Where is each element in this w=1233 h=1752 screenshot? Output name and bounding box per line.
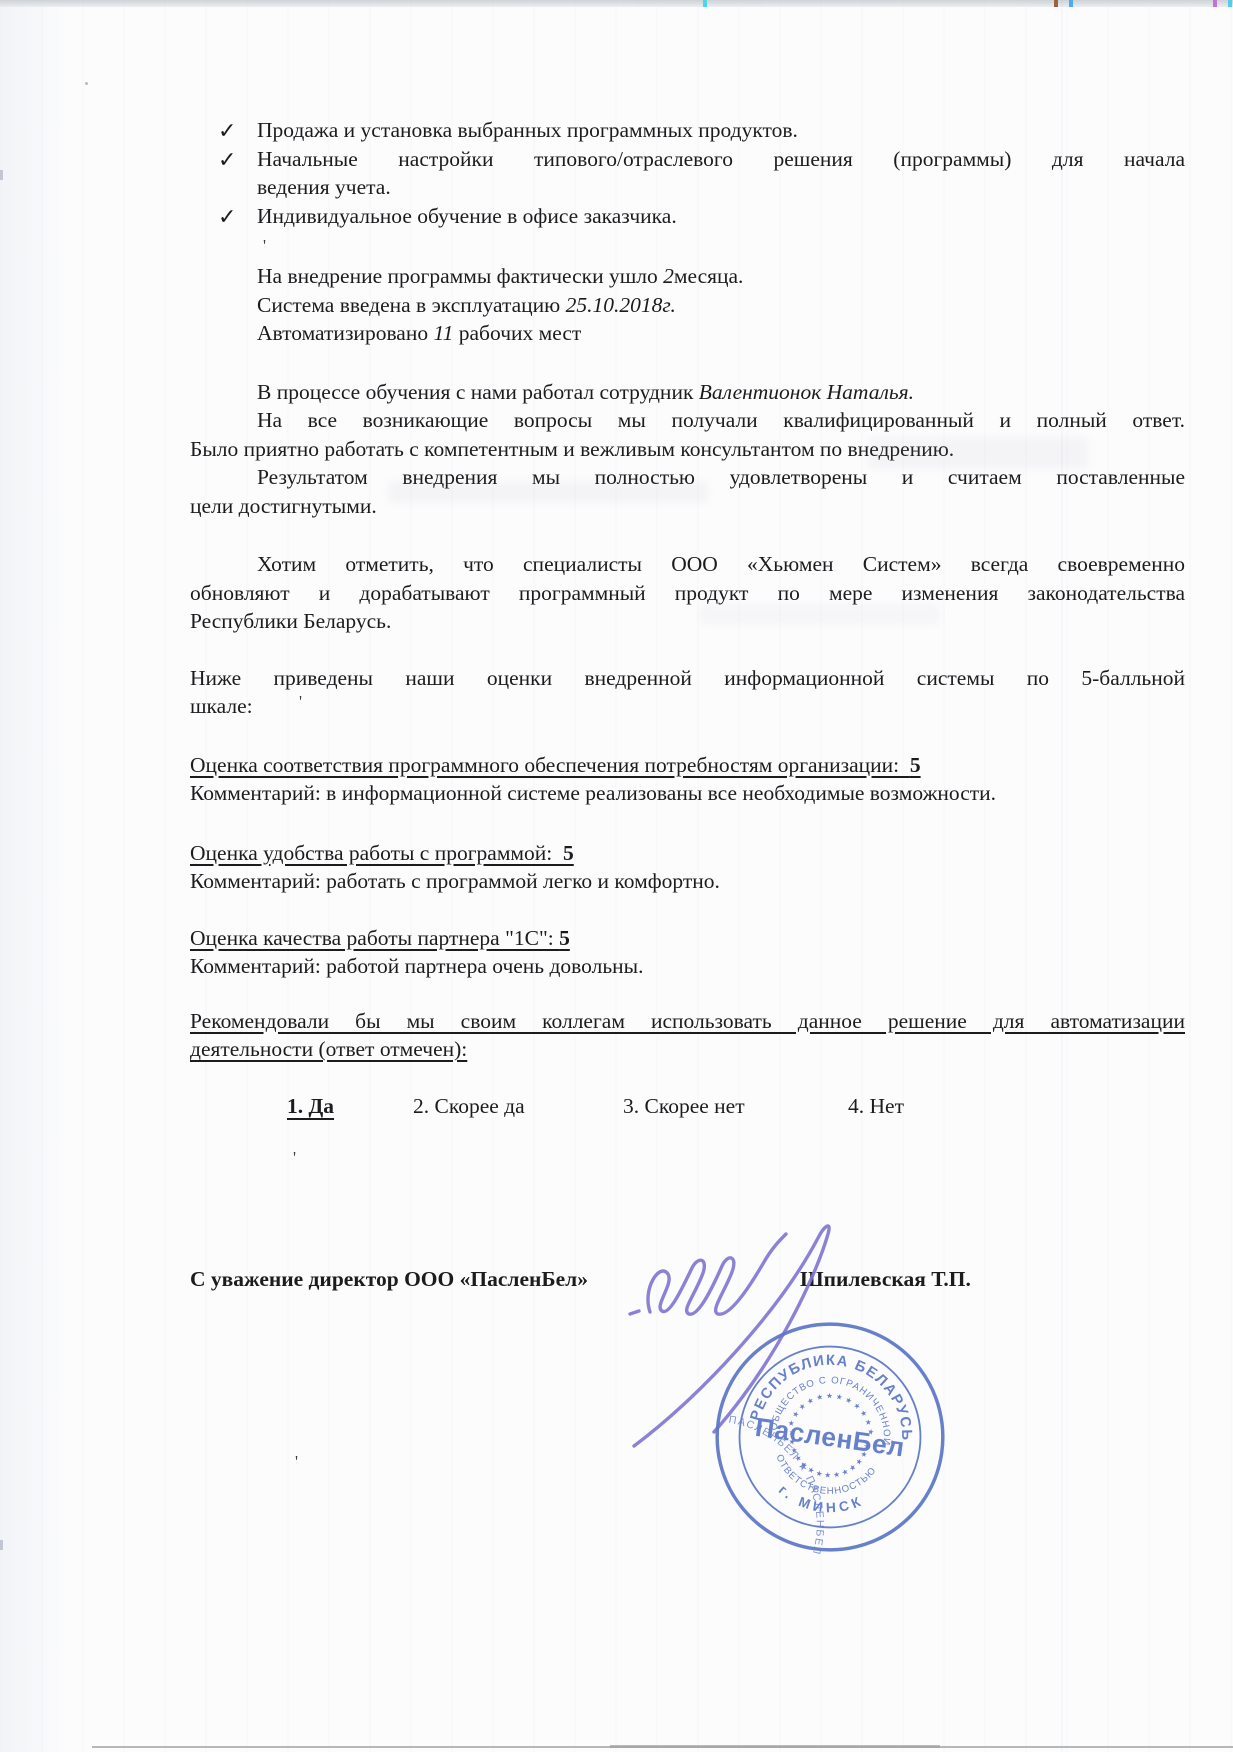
fact-launch-date: Система введена в эксплуатацию 25.10.201… [190,291,1185,320]
training-text: В процессе обучения с нами работал сотру… [257,380,699,404]
option-rather-no: 3. Скорее нет [623,1092,745,1121]
training-line-2: На все возникающие вопросы мы получали к… [190,406,1185,435]
rating-score: 5 [559,926,570,950]
rating-label: Оценка качества работы партнера "1С": [190,926,559,950]
fact-text: рабочих мест [453,321,581,345]
recommendation-question-line-1: Рекомендовали бы мы своим коллегам испол… [190,1007,1185,1036]
scan-speck: ' [295,1452,298,1472]
fact-value-months: 2 [663,264,674,288]
checklist-item-1-text: Продажа и установка выбранных программны… [257,118,798,142]
scan-tick-brown [1054,0,1058,7]
scan-bottom-line-dark [610,1745,940,1748]
letter-body: ✓ Продажа и установка выбранных программ… [190,116,1185,1294]
scan-edge-mark [0,170,3,180]
fact-text: Автоматизировано [257,321,433,345]
scale-intro-line-1: Ниже приведены наши оценки внедренной ин… [190,664,1185,693]
fact-workplaces: Автоматизировано 11 рабочих мест [190,319,1185,348]
checklist-item-2: ✓ Начальные настройки типового/отраслево… [190,145,1185,174]
option-no: 4. Нет [848,1092,904,1121]
scan-tick-blue [1069,0,1073,7]
company-stamp: ПАСЛЕНБЕЛ ★ ПАСЛЕНБЕЛ ★ ПАСЛЕНБЕЛ ★ ПАСЛ… [690,1297,970,1577]
checklist-item-3: ✓ Индивидуальное обучение в офисе заказч… [190,202,1185,231]
scan-edge-artifact [0,0,1233,7]
option-yes: 1. Да [287,1092,334,1121]
rating-label: Оценка соответствия программного обеспеч… [190,753,910,777]
option-rather-yes: 2. Скорее да [413,1092,525,1121]
closing-phrase: С уважение директор ООО «ПасленБел» [190,1267,588,1291]
scan-speck: ' [293,1148,296,1168]
fact-text: месяца. [674,264,744,288]
scan-edge-mark [0,1540,3,1550]
scanned-document-page: ✓ Продажа и установка выбранных программ… [0,0,1233,1752]
fact-text: На внедрение программы фактически ушло [257,264,663,288]
checkmark-icon: ✓ [218,146,236,175]
vendor-line-3: Республики Беларусь. [190,607,1185,636]
checklist-item-1: ✓ Продажа и установка выбранных программ… [190,116,1185,145]
scale-intro-line-2: шкале: [190,692,1185,721]
rating-usability-comment: Комментарий: работать с программой легко… [190,867,1185,896]
fact-implementation-time: На внедрение программы фактически ушло 2… [190,262,1185,291]
scan-tick-purple [1213,0,1217,7]
scan-speck: ' [263,236,266,256]
rating-label: Оценка удобства работы с программой: [190,841,563,865]
question-text: Рекомендовали бы мы своим коллегам испол… [190,1009,1185,1033]
consultant-name: Валентионок Наталья. [699,380,914,404]
checkmark-icon: ✓ [218,117,236,146]
question-text: деятельности (ответ отмечен): [190,1037,467,1061]
scan-speck [85,82,88,85]
rating-score: 5 [563,841,574,865]
fact-value-count: 11 [433,321,453,345]
vendor-line-2: обновляют и дорабатывают программный про… [190,579,1185,608]
scan-speck: ' [299,692,302,712]
rating-usability: Оценка удобства работы с программой: 5 [190,839,1185,868]
fact-text: Система введена в эксплуатацию [257,293,566,317]
fact-value-date: 25.10.2018г. [566,293,676,317]
recommendation-question-line-2: деятельности (ответ отмечен): [190,1035,1185,1064]
scan-smudge [868,437,1088,469]
rating-partner-quality-comment: Комментарий: работой партнера очень дово… [190,952,1185,981]
scan-smudge [388,481,708,503]
scan-smudge [700,604,940,624]
answer-options-row: 1. Да 2. Скорее да 3. Скорее нет 4. Нет [190,1092,1185,1121]
signature-flick [630,1311,639,1314]
checklist-item-2-wrap: ведения учета. [190,173,1185,202]
rating-software-fit-comment: Комментарий: в информационной системе ре… [190,779,1185,808]
rating-partner-quality: Оценка качества работы партнера "1С": 5 [190,924,1185,953]
scan-tick-cyan2 [1228,0,1232,7]
training-line-1: В процессе обучения с нами работал сотру… [190,378,1185,407]
checkmark-icon: ✓ [218,203,236,232]
checklist-item-3-text: Индивидуальное обучение в офисе заказчик… [257,204,677,228]
rating-score: 5 [910,753,921,777]
vendor-line-1: Хотим отметить, что специалисты ООО «Хью… [190,550,1185,579]
rating-software-fit: Оценка соответствия программного обеспеч… [190,751,1185,780]
checklist-item-2-text: Начальные настройки типового/отраслевого… [257,147,1185,171]
scan-tick-cyan [703,0,707,7]
